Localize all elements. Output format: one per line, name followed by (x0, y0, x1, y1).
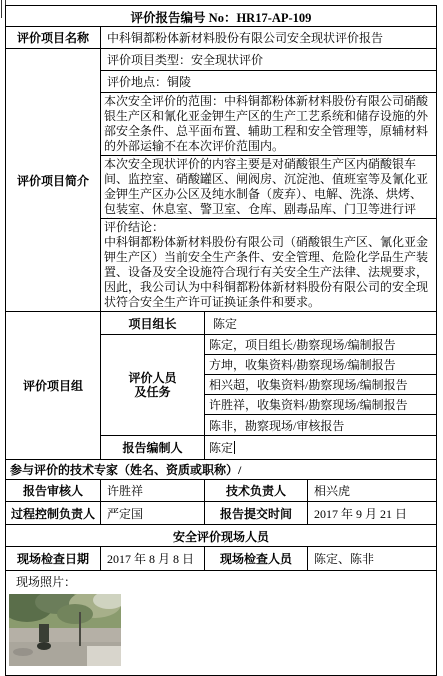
member-row: 相兴超，收集资料/勘察现场/编制报告 (205, 375, 436, 394)
inspector-label: 现场检查人员 (205, 547, 308, 570)
project-team-section: 评价项目组 项目组长 陈定 评价人员 及任务 陈定，项目组长/勘察现场/编制报告… (6, 312, 436, 460)
inspect-date-label: 现场检查日期 (6, 547, 101, 570)
member-row: 陈非，勘察现场/审核报告 (205, 415, 436, 435)
scope-paragraph: 本次安全评价的范围：中科铜都粉体新材料股份有限公司硝酸银生产区和氰化亚金钾生产区… (101, 93, 436, 155)
photos-label: 现场照片： (6, 574, 436, 590)
member-row: 方坤，收集资料/勘察现场/编制报告 (205, 355, 436, 374)
leader-value: 陈定 (205, 312, 436, 334)
members-label: 评价人员 及任务 (101, 335, 205, 435)
content-paragraph: 本次安全现状评价的内容主要是对硝酸银生产区内硝酸银车间、监控室、硝酸罐区、闸阀房… (101, 156, 436, 218)
conclusion-title: 评价结论： (104, 220, 164, 234)
leader-label: 项目组长 (101, 312, 205, 334)
member-row: 陈定，项目组长/勘察现场/编制报告 (205, 335, 436, 354)
photos-cell: 现场照片： (6, 571, 436, 669)
site-photo (9, 594, 121, 666)
report-writer-field[interactable]: 陈定 (205, 436, 436, 459)
experts-row: 参与评价的技术专家（姓名、资质或职称）/ (6, 460, 436, 479)
process-label: 过程控制负责人 (6, 502, 101, 524)
text-cursor (234, 441, 235, 454)
process-value: 严定国 (101, 502, 205, 524)
team-label: 评价项目组 (6, 312, 101, 459)
member-row: 许胜祥，收集资料/勘察现场/编制报告 (205, 395, 436, 414)
writer-label: 报告编制人 (101, 436, 205, 459)
members-list: 陈定，项目组长/勘察现场/编制报告 方坤，收集资料/勘察现场/编制报告 相兴超，… (205, 335, 436, 435)
project-name-label: 评价项目名称 (6, 27, 101, 48)
project-brief-body: 评价项目类型：安全现状评价 评价地点：铜陵 本次安全评价的范围：中科铜都粉体新材… (101, 49, 436, 311)
evaluation-report-table: 评价报告编号 No：HR17-AP-109 评价项目名称 中科铜都粉体新材料股份… (5, 5, 437, 669)
site-header: 安全评价现场人员 (6, 525, 436, 547)
inspect-date-value: 2017 年 8 月 8 日 (101, 547, 205, 570)
report-number-title: 评价报告编号 No：HR17-AP-109 (6, 6, 436, 27)
tech-lead-label: 技术负责人 (205, 480, 308, 501)
auditor-value: 许胜祥 (101, 480, 205, 501)
team-body: 项目组长 陈定 评价人员 及任务 陈定，项目组长/勘察现场/编制报告 方坤，收集… (101, 312, 436, 459)
inspector-value: 陈定、陈非 (308, 547, 436, 570)
project-location: 评价地点：铜陵 (101, 71, 436, 92)
submit-label: 报告提交时间 (205, 502, 308, 524)
auditor-label: 报告审核人 (6, 480, 101, 501)
conclusion-paragraph: 中科铜都粉体新材料股份有限公司（硝酸银生产区、氰化亚金钾生产区）当前安全生产条件… (104, 235, 428, 309)
submit-value: 2017 年 9 月 21 日 (308, 502, 436, 524)
project-brief-label: 评价项目简介 (6, 49, 101, 311)
project-type: 评价项目类型：安全现状评价 (101, 49, 436, 70)
tech-lead-value: 相兴虎 (308, 480, 436, 501)
project-name-value: 中科铜都粉体新材料股份有限公司安全现状评价报告 (101, 27, 436, 48)
project-brief-section: 评价项目简介 评价项目类型：安全现状评价 评价地点：铜陵 本次安全评价的范围：中… (6, 49, 436, 312)
conclusion-cell: 评价结论： 中科铜都粉体新材料股份有限公司（硝酸银生产区、氰化亚金钾生产区）当前… (101, 219, 436, 311)
